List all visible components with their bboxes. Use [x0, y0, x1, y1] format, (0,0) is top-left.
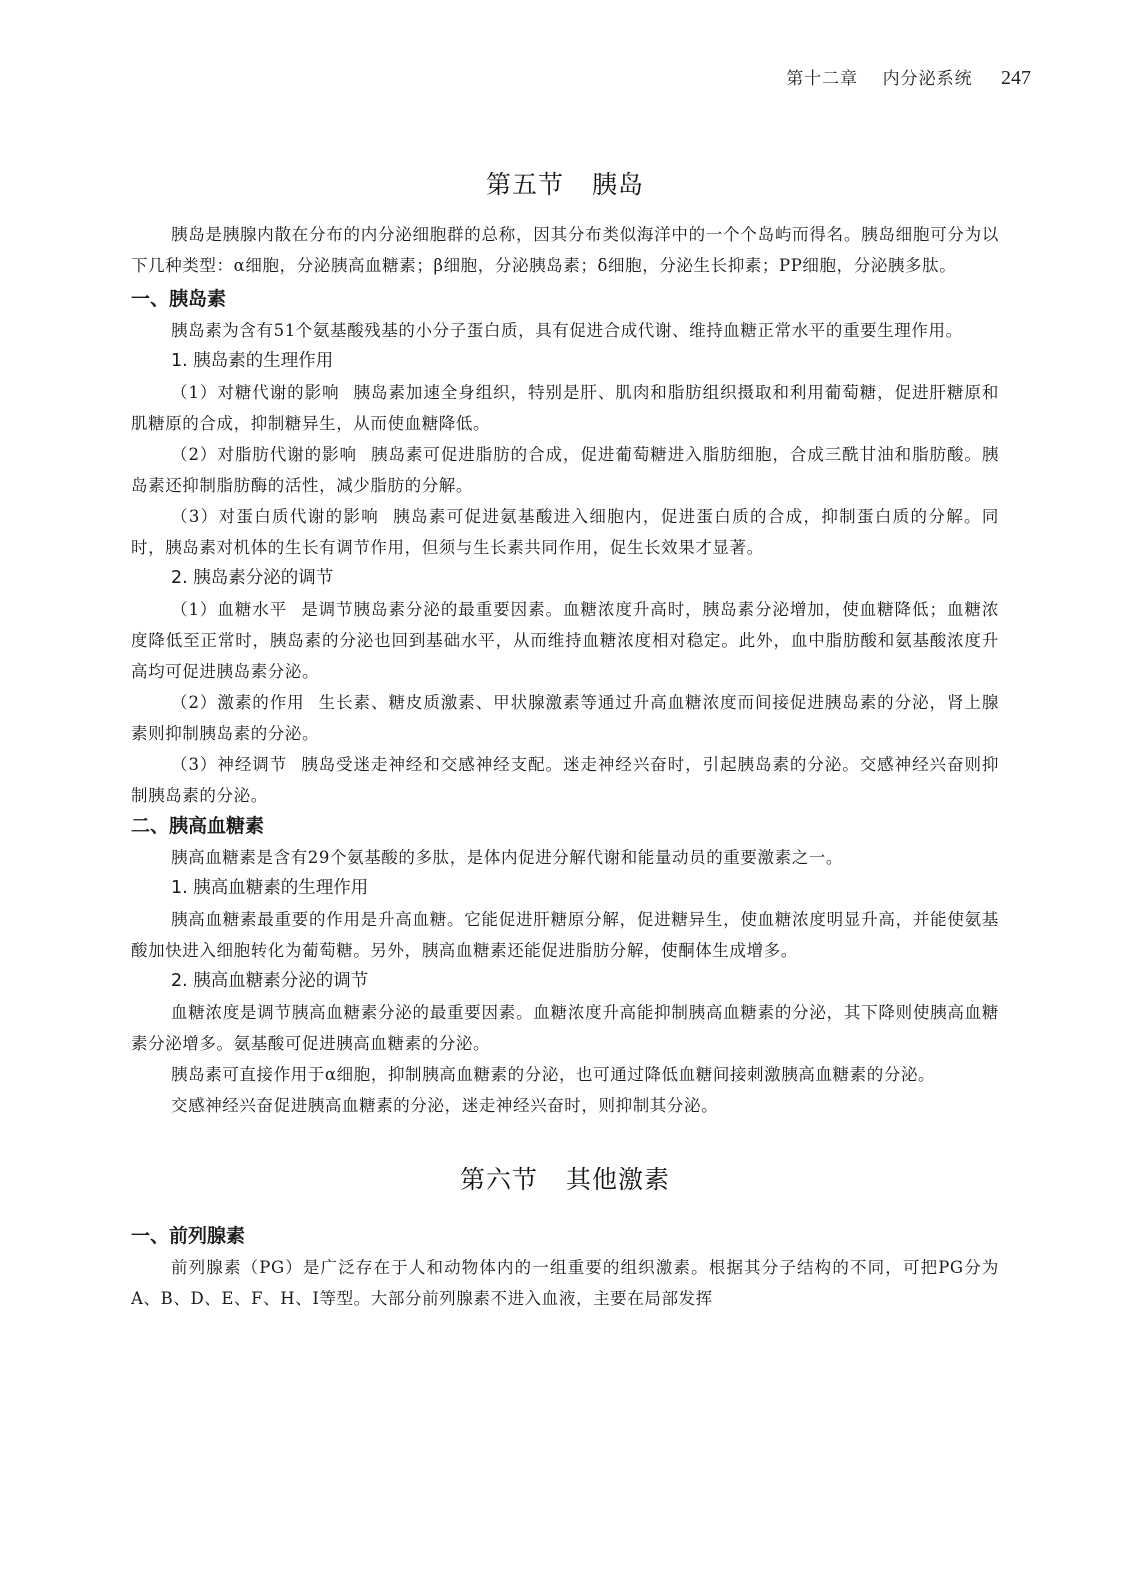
item-lead: （3）对蛋白质代谢的影响 — [171, 507, 379, 526]
glucagon-regulation-para-1: 血糖浓度是调节胰高血糖素分泌的最重要因素。血糖浓度升高能抑制胰高血糖素的分泌，其… — [131, 997, 999, 1059]
insulin-regulation-heading: 2. 胰岛素分泌的调节 — [131, 563, 999, 594]
glucagon-regulation-heading: 2. 胰高血糖素分泌的调节 — [131, 966, 999, 997]
insulin-function-heading: 1. 胰岛素的生理作用 — [131, 346, 999, 377]
insulin-function-item-2: （2）对脂肪代谢的影响胰岛素可促进脂肪的合成，促进葡萄糖进入脂肪细胞，合成三酰甘… — [131, 439, 999, 501]
section-5-number: 第五节 — [486, 170, 564, 199]
item-lead: （1）血糖水平 — [171, 600, 287, 619]
glucagon-regulation-para-2: 胰岛素可直接作用于α细胞，抑制胰高血糖素的分泌，也可通过降低血糖间接刺激胰高血糖… — [131, 1059, 999, 1090]
page-number: 247 — [1001, 67, 1031, 89]
section-6-name: 其他激素 — [566, 1165, 670, 1194]
item-lead: （2）激素的作用 — [171, 693, 305, 712]
insulin-intro: 胰岛素为含有51个氨基酸残基的小分子蛋白质，具有促进合成代谢、维持血糖正常水平的… — [131, 315, 999, 346]
insulin-function-item-1: （1）对糖代谢的影响胰岛素加速全身组织，特别是肝、肌肉和脂肪组织摄取和利用葡萄糖… — [131, 377, 999, 439]
item-lead: （3）神经调节 — [171, 755, 287, 774]
section-5-intro: 胰岛是胰腺内散在分布的内分泌细胞群的总称，因其分布类似海洋中的一个个岛屿而得名。… — [131, 219, 999, 281]
insulin-regulation-item-1: （1）血糖水平是调节胰岛素分泌的最重要因素。血糖浓度升高时，胰岛素分泌增加，使血… — [131, 594, 999, 687]
insulin-regulation-item-3: （3）神经调节胰岛受迷走神经和交感神经支配。迷走神经兴奋时，引起胰岛素的分泌。交… — [131, 749, 999, 811]
glucagon-intro: 胰高血糖素是含有29个氨基酸的多肽，是体内促进分解代谢和能量动员的重要激素之一。 — [131, 842, 999, 873]
section-5-title: 第五节胰岛 — [131, 160, 999, 210]
item-lead: （2）对脂肪代谢的影响 — [171, 445, 357, 464]
section-5-name: 胰岛 — [592, 170, 644, 199]
insulin-function-item-3: （3）对蛋白质代谢的影响胰岛素可促进氨基酸进入细胞内，促进蛋白质的合成，抑制蛋白… — [131, 501, 999, 563]
page-body: 第五节胰岛 胰岛是胰腺内散在分布的内分泌细胞群的总称，因其分布类似海洋中的一个个… — [131, 160, 999, 1314]
glucagon-regulation-para-3: 交感神经兴奋促进胰高血糖素的分泌，迷走神经兴奋时，则抑制其分泌。 — [131, 1090, 999, 1121]
insulin-regulation-item-2: （2）激素的作用生长素、糖皮质激素、甲状腺激素等通过升高血糖浓度而间接促进胰岛素… — [131, 687, 999, 749]
prostaglandin-text: 前列腺素（PG）是广泛存在于人和动物体内的一组重要的组织激素。根据其分子结构的不… — [131, 1252, 999, 1314]
section-6-number: 第六节 — [460, 1165, 538, 1194]
glucagon-function-text: 胰高血糖素最重要的作用是升高血糖。它能促进肝糖原分解，促进糖异生，使血糖浓度明显… — [131, 904, 999, 966]
glucagon-heading: 二、胰高血糖素 — [131, 811, 999, 842]
section-6-title: 第六节其他激素 — [131, 1155, 999, 1205]
running-head-chapter: 第十二章 — [786, 69, 858, 89]
item-lead: （1）对糖代谢的影响 — [171, 383, 340, 402]
prostaglandin-heading: 一、前列腺素 — [131, 1221, 999, 1252]
insulin-heading: 一、胰岛素 — [131, 284, 999, 315]
running-head: 第十二章 内分泌系统 247 — [786, 64, 1031, 90]
glucagon-function-heading: 1. 胰高血糖素的生理作用 — [131, 873, 999, 904]
running-head-title: 内分泌系统 — [883, 69, 973, 89]
